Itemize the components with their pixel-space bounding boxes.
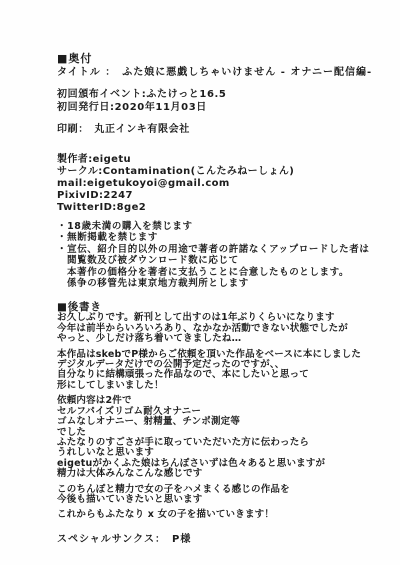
rule-line: ・無断掲載を禁じます [57, 232, 393, 243]
rule-line-continuation: 本著作の価格分を著者に支払うことに合意したものとします。 [57, 267, 393, 278]
printer-line: 印刷： 丸正インキ有限会社 [57, 123, 393, 136]
scanned-colophon-page: ■奥付 タイトル ： ふた娘に悪戯しちゃいけません - オナニー配信編- 初回頒… [0, 0, 400, 565]
rule-line: ・18歳未満の購入を禁じます [57, 221, 393, 232]
circle-line: サークル:Contamination(こんたみねーしょん) [57, 166, 393, 178]
special-thanks-line: スペシャルサンクス： P様 [57, 534, 393, 546]
twitter-id-line: TwitterID:8ge2 [57, 202, 393, 214]
first-event-line: 初回頒布イベント:ふたけっと16.5 [57, 88, 393, 101]
mail-line: mail:eigetukoyoi@gmail.com [57, 178, 393, 190]
colophon-heading: ■奥付 [57, 51, 393, 66]
page-content: ■奥付 タイトル ： ふた娘に悪戯しちゃいけません - オナニー配信編- 初回頒… [57, 51, 393, 546]
afterword-line: 形にしてしまいました！ [57, 381, 393, 391]
afterword-line: ゴムなしオナニー、射精量、チンポ測定等 [57, 417, 393, 427]
pixiv-id-line: PixivID:2247 [57, 190, 393, 202]
afterword-line: 今後も描いていきたいと思います [57, 495, 393, 505]
afterword-closing-line: これからもふたなり x 女の子を描いていきます！ [57, 510, 393, 520]
rule-line-continuation: 係争の移管先は東京地方裁判所とします [57, 278, 393, 289]
issue-date-line: 初回発行日:2020年11月03日 [57, 101, 393, 114]
rule-line-continuation: 閲覧数及び被ダウンロード数に応じて [57, 255, 393, 266]
rule-line: ・宣伝、紹介目的以外の用途で著者の許諾なくアップロードした者は [57, 244, 393, 255]
author-line: 製作者:eigetu [57, 154, 393, 166]
book-title-line: タイトル ： ふた娘に悪戯しちゃいけません - オナニー配信編- [57, 66, 393, 80]
afterword-line: やっと、少しだけ落ち着いてきましたね… [57, 334, 393, 344]
afterword-line: 精力は大体みんなこんな感じです [57, 469, 393, 479]
